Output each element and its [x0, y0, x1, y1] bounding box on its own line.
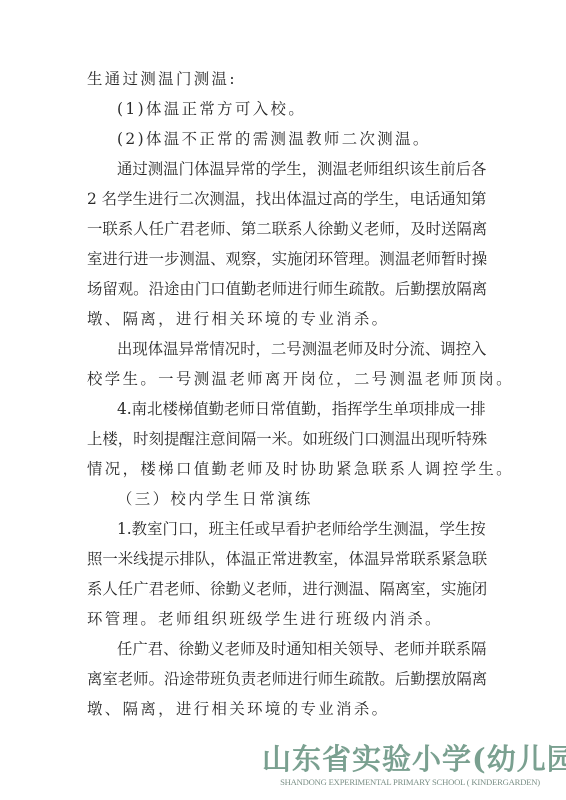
text-line: 任广君、徐勤义老师及时通知相关领导、老师并联系隔 — [87, 634, 479, 664]
text-line: 情况，楼梯口值勤老师及时协助紧急联系人调控学生。 — [87, 454, 479, 484]
text-line: 照一米线提示排队，体温正常进教室，体温异常联系紧急联 — [87, 544, 479, 574]
text-line: 1.教室门口，班主任或早看护老师给学生测温，学生按 — [87, 514, 479, 544]
document-page: 生通过测温门测温:(1)体温正常方可入校。(2)体温不正常的需测温教师二次测温。… — [0, 0, 566, 800]
text-line: (2)体温不正常的需测温教师二次测温。 — [87, 124, 479, 154]
text-line: 离室老师。沿途带班负责老师进行师生疏散。后勤摆放隔离 — [87, 664, 479, 694]
school-logo-footer: 山东省实验小学(幼儿园) SHANDONG EXPERIMENTAL PRIMA… — [262, 742, 558, 788]
text-line: 墩、隔离，进行相关环境的专业消杀。 — [87, 304, 479, 334]
text-line: 场留观。沿途由门口值勤老师进行师生疏散。后勤摆放隔离 — [87, 274, 479, 304]
document-body: 生通过测温门测温:(1)体温正常方可入校。(2)体温不正常的需测温教师二次测温。… — [87, 64, 479, 724]
text-line: 通过测温门体温异常的学生，测温老师组织该生前后各 — [87, 154, 479, 184]
school-name-chinese: 山东省实验小学(幼儿园) — [262, 742, 558, 776]
text-line: 环管理。老师组织班级学生进行班级内消杀。 — [87, 604, 479, 634]
text-line: 生通过测温门测温: — [87, 64, 479, 94]
text-line: 系人任广君老师、徐勤义老师，进行测温、隔离室，实施闭 — [87, 574, 479, 604]
school-name-english: SHANDONG EXPERIMENTAL PRIMARY SCHOOL ( K… — [262, 776, 558, 788]
text-line: 室进行进一步测温、观察，实施闭环管理。测温老师暂时操 — [87, 244, 479, 274]
text-line: 4.南北楼梯值勤老师日常值勤，指挥学生单项排成一排 — [87, 394, 479, 424]
text-line: 上楼，时刻提醒注意间隔一米。如班级门口测温出现听特殊 — [87, 424, 479, 454]
text-line: 墩、隔离，进行相关环境的专业消杀。 — [87, 694, 479, 724]
text-line: (1)体温正常方可入校。 — [87, 94, 479, 124]
text-line: 出现体温异常情况时，二号测温老师及时分流、调控入 — [87, 334, 479, 364]
text-line: 校学生。一号测温老师离开岗位，二号测温老师顶岗。 — [87, 364, 479, 394]
text-line: （三）校内学生日常演练 — [87, 484, 479, 514]
text-line: 一联系人任广君老师、第二联系人徐勤义老师，及时送隔离 — [87, 214, 479, 244]
text-line: 2 名学生进行二次测温，找出体温过高的学生，电话通知第 — [87, 184, 479, 214]
